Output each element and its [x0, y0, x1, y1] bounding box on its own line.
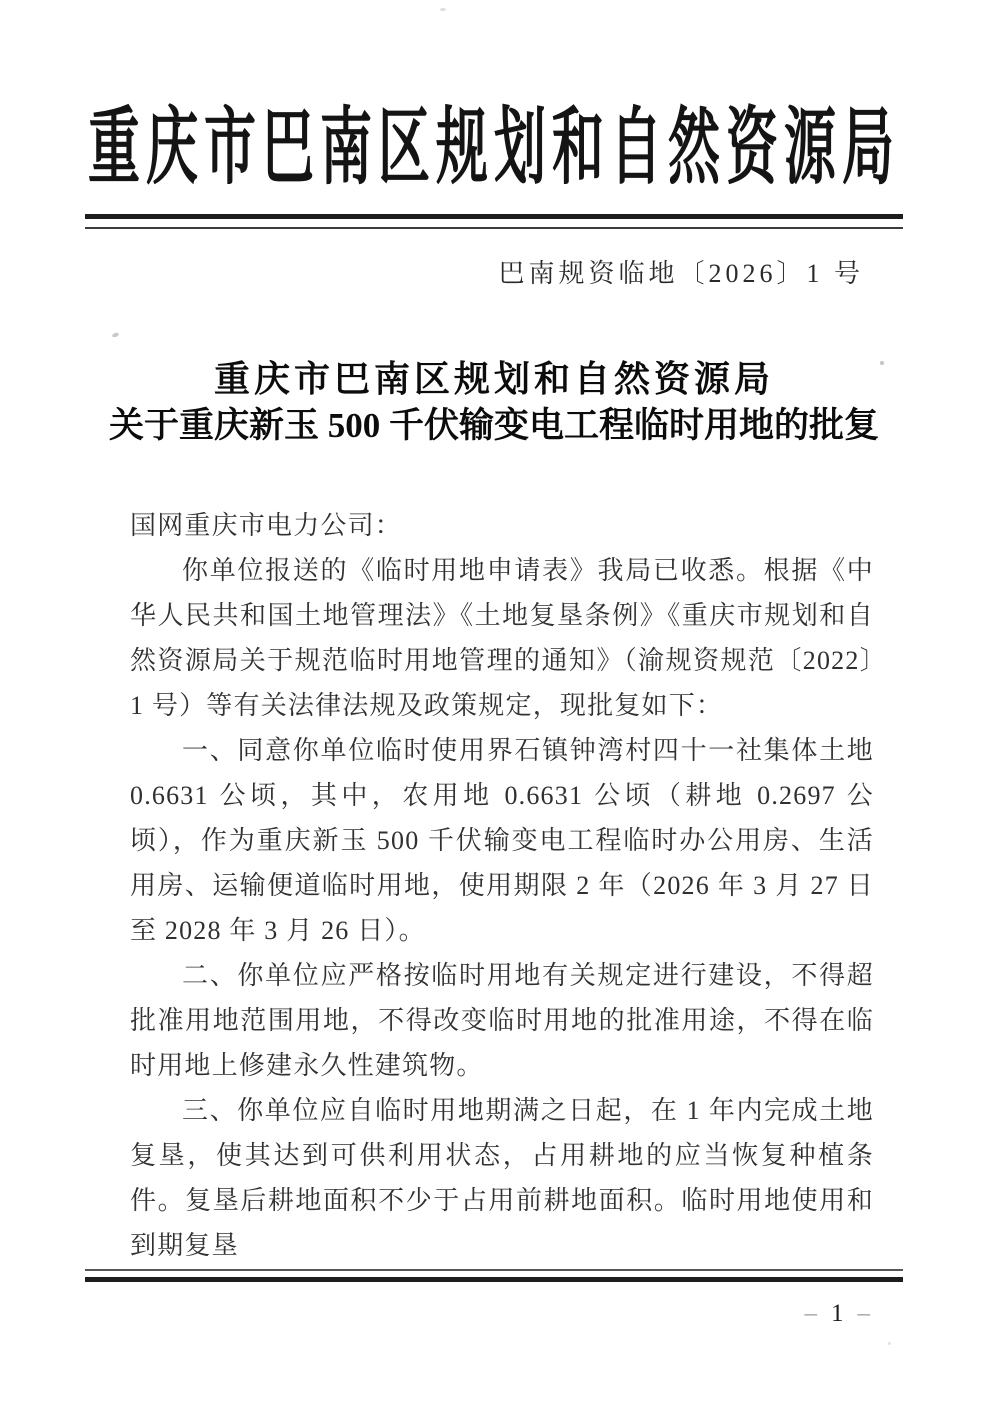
page-number: –1–	[805, 1300, 871, 1328]
footer-rule-thick	[85, 1277, 903, 1282]
page-number-value: 1	[831, 1300, 844, 1327]
page-number-dash-right: –	[858, 1300, 871, 1327]
doc-number: 巴南规资临地〔2026〕1 号	[498, 253, 864, 290]
doc-body: 国网重庆市电力公司： 你单位报送的《临时用地申请表》我局已收悉。根据《中华人民共…	[130, 503, 874, 1268]
doc-title-line2: 关于重庆新玉 500 千伏输变电工程临时用地的批复	[0, 402, 988, 449]
footer-rule-thin	[85, 1269, 903, 1271]
document-page: 重庆市巴南区规划和自然资源局 巴南规资临地〔2026〕1 号 重庆市巴南区规划和…	[0, 0, 988, 1402]
body-paragraph-item2: 二、你单位应严格按临时用地有关规定进行建设，不得超批准用地范围用地，不得改变临时…	[130, 953, 874, 1088]
doc-title-line1: 重庆市巴南区规划和自然资源局	[0, 356, 988, 402]
scan-speck	[440, 8, 446, 11]
body-paragraph-item1: 一、同意你单位临时使用界石镇钟湾村四十一社集体土地 0.6631 公顷，其中，农…	[130, 728, 874, 953]
doc-title: 重庆市巴南区规划和自然资源局 关于重庆新玉 500 千伏输变电工程临时用地的批复	[0, 356, 988, 449]
scan-speck	[880, 361, 884, 365]
salutation: 国网重庆市电力公司：	[130, 503, 874, 548]
scan-speck	[888, 1342, 891, 1345]
letterhead-rule-thick	[85, 214, 903, 219]
page-number-dash-left: –	[805, 1300, 818, 1327]
scan-speck	[112, 332, 120, 338]
letterhead-rule-thin	[85, 227, 903, 229]
body-paragraph-intro: 你单位报送的《临时用地申请表》我局已收悉。根据《中华人民共和国土地管理法》《土地…	[130, 548, 874, 728]
letterhead-org-name: 重庆市巴南区规划和自然资源局	[0, 108, 988, 192]
body-paragraph-item3: 三、你单位应自临时用地期满之日起，在 1 年内完成土地复垦，使其达到可供利用状态…	[130, 1088, 874, 1268]
